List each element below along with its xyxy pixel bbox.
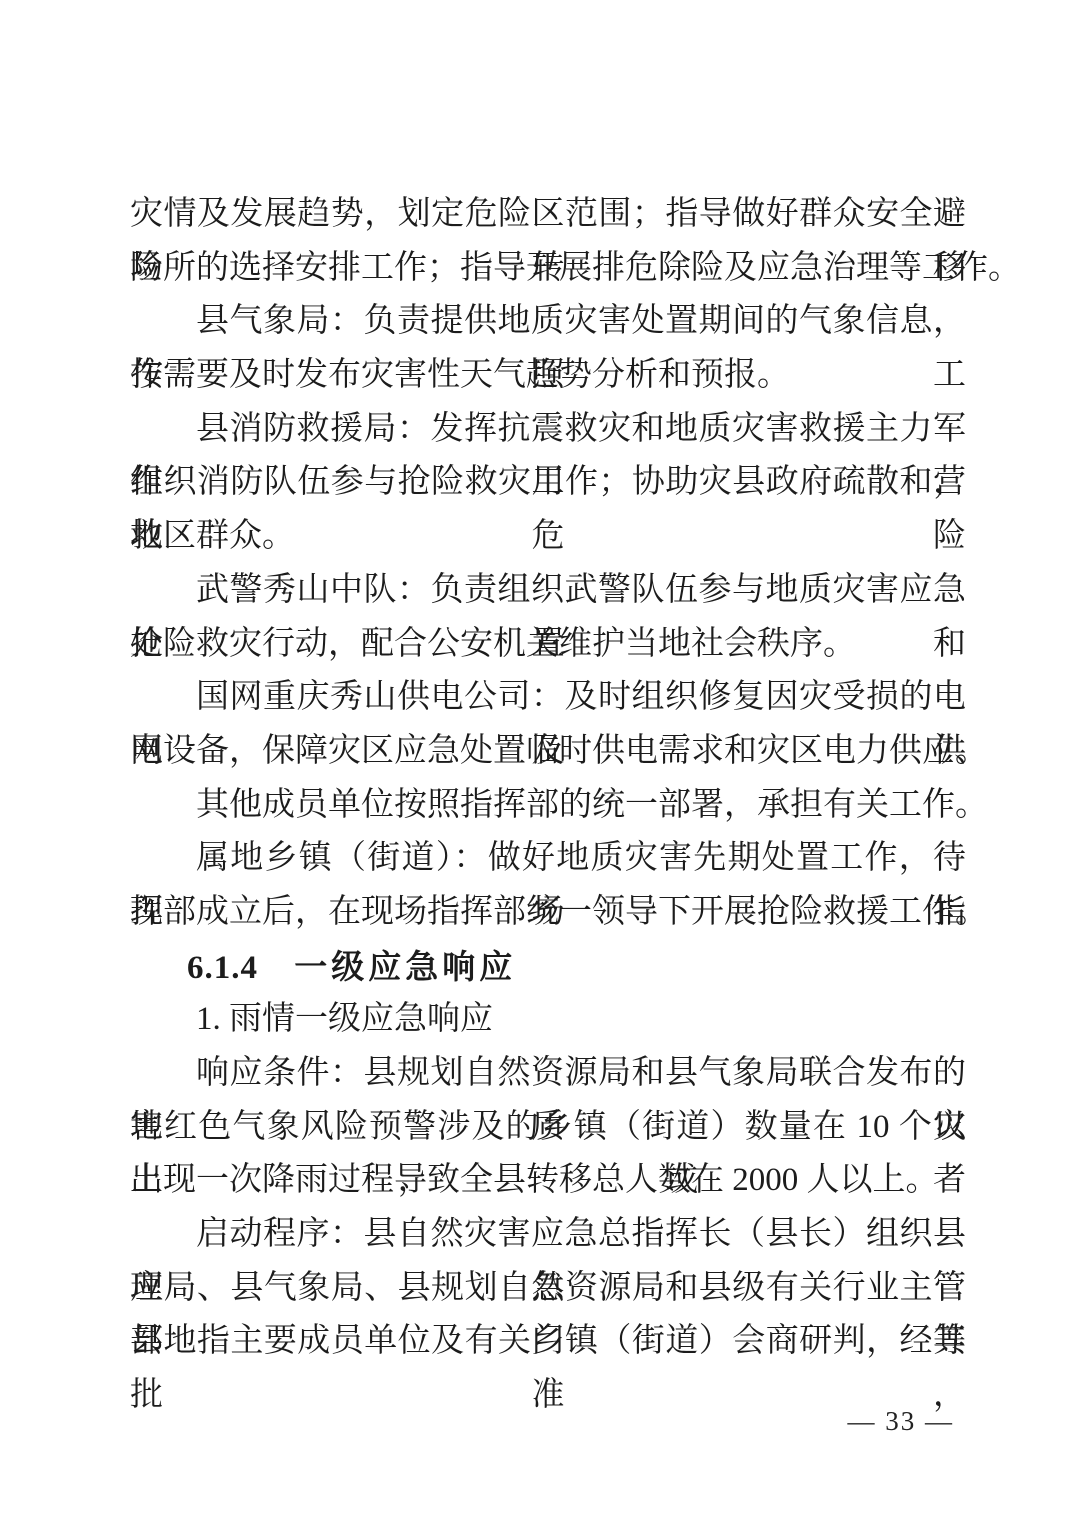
- body-line: 县地指主要成员单位及有关乡镇（街道）会商研判，经其批准，: [130, 1315, 966, 1369]
- body-line: 县气象局：负责提供地质灾害处置期间的气象信息，按照工: [130, 295, 966, 349]
- body-line: 理局、县气象局、县规划自然资源局和县级有关行业主管部门等: [130, 1262, 966, 1316]
- page-number: — 33 —: [848, 1406, 955, 1436]
- body-line: 组织消防队伍参与抢险救灾工作；协助灾县政府疏散和营救危险: [130, 456, 966, 510]
- body-line: 出现一次降雨过程导致全县转移总人数在 2000 人以上。: [130, 1154, 966, 1208]
- section-title: 一级应急响应: [294, 948, 516, 985]
- body-line: 害红色气象风险预警涉及的乡镇（街道）数量在 10 个以上，或者: [130, 1101, 966, 1155]
- section-number: 6.1.4: [187, 950, 258, 986]
- section-heading-6-1-4: 6.1.4 一级应急响应: [130, 940, 966, 994]
- page-body: 灾情及发展趋势，划定危险区范围；指导做好群众安全避险转移 场所的选择安排工作；指…: [130, 188, 966, 1369]
- list-item-line: 1. 雨情一级应急响应: [130, 993, 966, 1047]
- body-line: 县消防救援局：发挥抗震救灾和地质灾害救援主力军作用，: [130, 403, 966, 457]
- body-line: 武警秀山中队：负责组织武警队伍参与地质灾害应急处置和: [130, 564, 966, 618]
- body-line: 电设备，保障灾区应急处置临时供电需求和灾区电力供应。: [130, 725, 966, 779]
- body-line: 其他成员单位按照指挥部的统一部署，承担有关工作。: [130, 779, 966, 833]
- body-line: 属地乡镇（街道）：做好地质灾害先期处置工作，待现场指: [130, 832, 966, 886]
- body-line: 响应条件：县规划自然资源局和县气象局联合发布的地质灾: [130, 1047, 966, 1101]
- body-line: 启动程序：县自然灾害应急总指挥长（县长）组织县应急管: [130, 1208, 966, 1262]
- body-line: 抢险救灾行动，配合公安机关维护当地社会秩序。: [130, 618, 966, 672]
- body-line: 挥部成立后，在现场指挥部统一领导下开展抢险救援工作。: [130, 886, 966, 940]
- document-page: 灾情及发展趋势，划定危险区范围；指导做好群众安全避险转移 场所的选择安排工作；指…: [0, 0, 1074, 1520]
- body-line: 国网重庆秀山供电公司：及时组织修复因灾受损的电网及供: [130, 671, 966, 725]
- body-line: 灾情及发展趋势，划定危险区范围；指导做好群众安全避险转移: [130, 188, 966, 242]
- body-line: 场所的选择安排工作；指导开展排危除险及应急治理等工作。: [130, 242, 966, 296]
